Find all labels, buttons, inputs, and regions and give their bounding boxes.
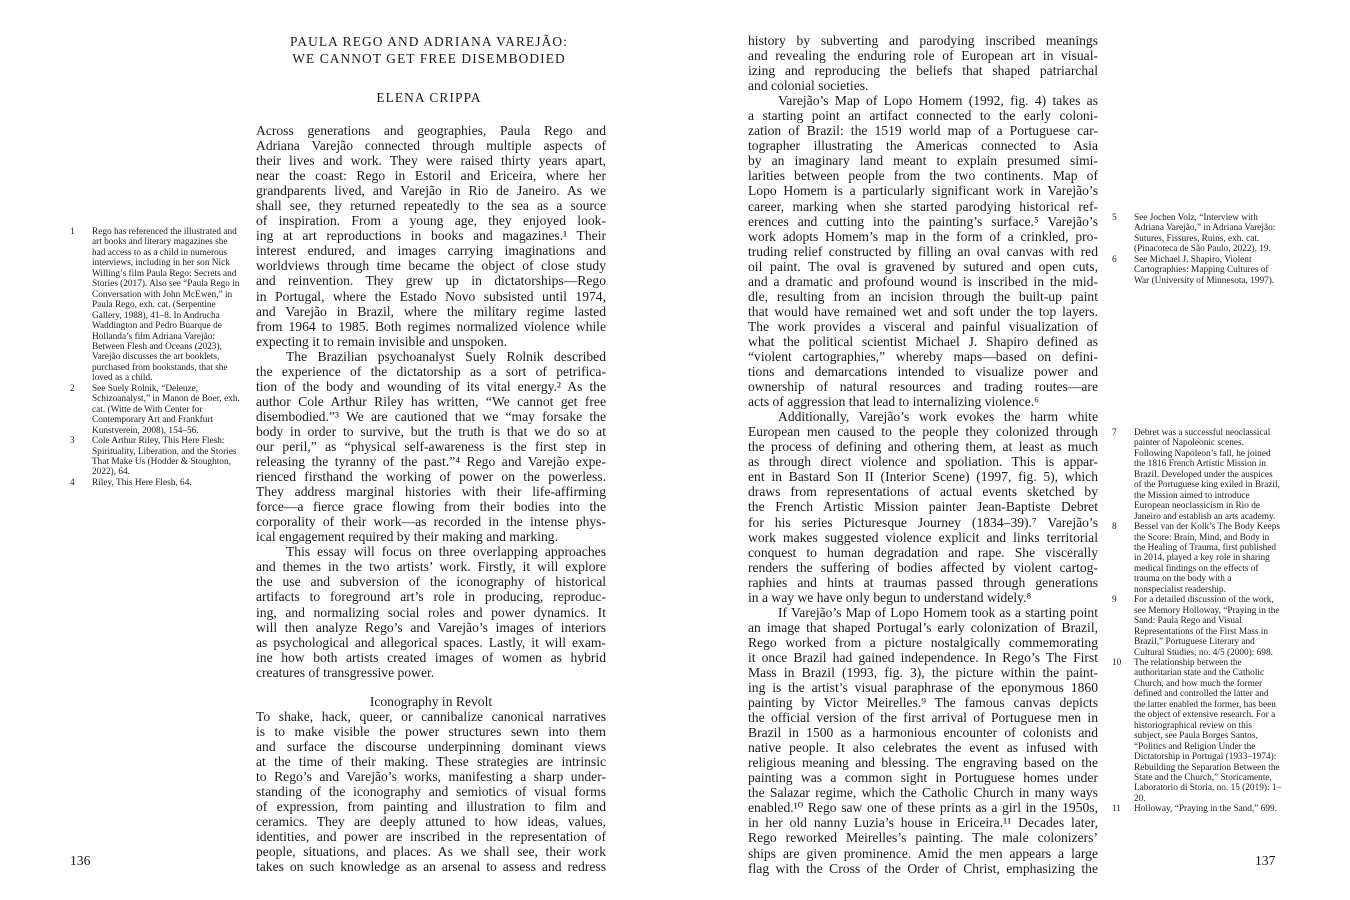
body-line: Adriana Varejão connected through multip… [256,138,606,153]
body-line: rienced firsthand the working of power o… [256,469,606,484]
footnote: 5See Jochen Volz, “Interview with Adrian… [1112,213,1282,255]
right-footnotes-lower: 7Debret was a successful neoclassical pa… [1112,428,1282,815]
footnote-number: 2 [70,384,92,436]
body-line: author Cole Arthur Riley has written, “W… [256,394,606,409]
body-line: the French Artistic Mission painter Jean… [748,499,1098,514]
body-line: Brazil in 1500 as a harmonious encounter… [748,725,1098,740]
footnote: 7Debret was a successful neoclassical pa… [1112,428,1282,522]
body-line: painting was a common sight in Portugues… [748,770,1098,785]
body-line: draws from representations of actual eve… [748,484,1098,499]
body-line: worldviews through time became the objec… [256,258,606,273]
footnote-number: 10 [1112,658,1134,804]
body-line: interest endured, and images carrying im… [256,243,606,258]
body-line: native people. It also celebrates the ev… [748,740,1098,755]
body-line: Lopo Homem is a particularly significant… [748,183,1098,198]
body-line: religious meaning and blessing. The engr… [748,755,1098,770]
footnote-number: 11 [1112,804,1134,814]
body-line: ing is the artist’s visual paraphrase of… [748,680,1098,695]
body-line: people, situations, and places. As we sh… [256,844,606,859]
footnote-text: See Michael J. Shapiro, Violent Cartogra… [1134,255,1282,286]
body-line: izing and reproducing the beliefs that s… [748,63,1098,78]
body-line: to Rego’s and Varejão’s works, manifesti… [256,769,606,784]
body-line: in her old nanny Luzia’s house in Ericei… [748,815,1098,830]
body-line: is to make visible the power structures … [256,724,606,739]
body-line: To shake, hack, queer, or cannibalize ca… [256,709,606,724]
footnote-text: The relationship between the authoritari… [1134,658,1282,804]
body-line: and themes in the two artists’ work. Fir… [256,559,606,574]
body-line: Additionally, Varejão’s work evokes the … [748,409,1098,424]
essay-title-block: PAULA REGO AND ADRIANA VAREJÃO: WE CANNO… [256,33,602,106]
body-line: larities between people from the two con… [748,168,1098,183]
body-line: history by subverting and parodying insc… [748,33,1098,48]
body-line: oil paint. The oval is gravened by sutur… [748,259,1098,274]
body-line: renders the suffering of bodies affected… [748,560,1098,575]
body-line: corporality of their work—as recorded in… [256,514,606,529]
essay-title-line-1: PAULA REGO AND ADRIANA VAREJÃO: [256,33,602,50]
body-line: from 1964 to 1985. Both regimes normaliz… [256,319,606,334]
body-line: the experience of the dictatorship as a … [256,364,606,379]
body-line: flag with the Cross of the Order of Chri… [748,861,1098,876]
body-line: ownership of natural resources and tradi… [748,379,1098,394]
body-line: Rego worked from a picture nostalgically… [748,635,1098,650]
left-body-text: Across generations and geographies, Paul… [256,123,606,874]
body-line: If Varejão’s Map of Lopo Homem took as a… [748,605,1098,620]
body-line: The Brazilian psychoanalyst Suely Rolnik… [256,349,606,364]
body-line: Across generations and geographies, Paul… [256,123,606,138]
body-line: work makes suggested violence explicit a… [748,530,1098,545]
body-line: disembodied.”³ We are cautioned that we … [256,409,606,424]
body-line: our peril,” as “physical self-awareness … [256,439,606,454]
body-line: raphies and hints at traumas passed thro… [748,575,1098,590]
right-footnotes-upper: 5See Jochen Volz, “Interview with Adrian… [1112,213,1282,286]
body-line: and reinvention. They grew up in dictato… [256,273,606,288]
footnote: 9For a detailed discussion of the work, … [1112,595,1282,658]
body-line: ine how both artists created images of w… [256,650,606,665]
body-line: tographer illustrating the Americas conn… [748,138,1098,153]
left-footnotes: 1Rego has referenced the illustrated and… [70,227,240,488]
body-line: releasing the tyranny of the past.”⁴ Reg… [256,454,606,469]
page-number-right: 137 [1255,853,1275,869]
footnote-text: Debret was a successful neoclassical pai… [1134,428,1282,522]
left-body-paragraphs: Across generations and geographies, Paul… [256,123,606,680]
body-line: expecting it to remain invisible and uns… [256,334,606,349]
body-line: as through direct violence and spoliatio… [748,454,1098,469]
footnote-number: 7 [1112,428,1134,522]
footnote: 10The relationship between the authorita… [1112,658,1282,804]
footnote: 8Bessel van der Kolk’s The Body Keeps th… [1112,522,1282,595]
body-line: and revealing the enduring role of Europ… [748,48,1098,63]
footnote: 6See Michael J. Shapiro, Violent Cartogr… [1112,255,1282,286]
footnote: 11Holloway, “Praying in the Sand,” 699. [1112,804,1282,814]
body-line: career, marking when she started parodyi… [748,199,1098,214]
body-line: ical engagement required by their making… [256,529,606,544]
footnote-text: See Jochen Volz, “Interview with Adriana… [1134,213,1282,255]
body-line: artifacts to foreground art’s role in pr… [256,589,606,604]
body-line: identities, and power are inscribed in t… [256,829,606,844]
section-body-paragraph: To shake, hack, queer, or cannibalize ca… [256,709,606,875]
body-line: the official version of the first arriva… [748,710,1098,725]
body-line: ent in Bastard Son II (Interior Scene) (… [748,469,1098,484]
body-line: European men caused to the people they c… [748,424,1098,439]
body-line: conquest to human degradation and rape. … [748,545,1098,560]
footnote-text: Cole Arthur Riley, This Here Flesh: Spir… [92,436,240,478]
body-line: takes on such knowledge as an arsenal to… [256,859,606,874]
body-line: and surface the discourse underpinning d… [256,739,606,754]
body-line: ing at art reproductions in books and ma… [256,228,606,243]
body-line: and a dramatic and profound wound is ins… [748,274,1098,289]
body-line: force—a fierce grace flowing from their … [256,499,606,514]
body-line: their lives and work. They were raised t… [256,153,606,168]
body-line: erences and cutting into the painting’s … [748,214,1098,229]
footnote-text: Bessel van der Kolk’s The Body Keeps the… [1134,522,1282,595]
body-line: of expression, from painting and illustr… [256,799,606,814]
body-line: painting by Victor Meirelles.⁹ The famou… [748,695,1098,710]
body-line: grandparents lived, and Varejão in Rio d… [256,183,606,198]
body-line: This essay will focus on three overlappi… [256,544,606,559]
body-line: near the coast: Rego in Estoril and Eric… [256,168,606,183]
footnote-number: 9 [1112,595,1134,658]
body-line: Rego reworked Meirelles’s painting. The … [748,830,1098,845]
footnote: 3Cole Arthur Riley, This Here Flesh: Spi… [70,436,240,478]
body-line: in Portugal, where the Estado Novo subsi… [256,289,606,304]
body-line: and colonial societies. [748,78,1098,93]
footnote-number: 8 [1112,522,1134,595]
body-line: ing, and normalizing social roles and po… [256,605,606,620]
body-line: dle, resulting from an incision through … [748,289,1098,304]
body-line: ships are given prominence. Amid the men… [748,846,1098,861]
body-line: body in order to survive, but the truth … [256,424,606,439]
footnote-number: 3 [70,436,92,478]
right-body-text: history by subverting and parodying insc… [748,33,1098,876]
body-line: tion of the body and wounding of its vit… [256,379,606,394]
body-line: will then analyze Rego’s and Varejão’s i… [256,620,606,635]
body-line: standing of the iconography and semiotic… [256,784,606,799]
body-line: the Salazar regime, which the Catholic C… [748,785,1098,800]
body-line: tions and demarcations intended to visua… [748,364,1098,379]
body-line: at the time of their making. These strat… [256,754,606,769]
body-line: Mass in Brazil (1993, fig. 3), the pictu… [748,665,1098,680]
author-name: ELENA CRIPPA [256,89,602,106]
body-line: They address marginal histories with the… [256,484,606,499]
body-line: Varejão’s Map of Lopo Homem (1992, fig. … [748,93,1098,108]
body-line: as psychological and allegorical spaces.… [256,635,606,650]
body-line: truding relief constructed by filling an… [748,244,1098,259]
body-line: for his series Picturesque Journey (1834… [748,515,1098,530]
body-line: a starting point an artifact connected t… [748,108,1098,123]
body-line: enabled.¹⁰ Rego saw one of these prints … [748,800,1098,815]
body-line: zation of Brazil: the 1519 world map of … [748,123,1098,138]
body-line: work adopts Homem’s map in the form of a… [748,229,1098,244]
footnote-number: 1 [70,227,92,384]
body-line: “violent cartographies,” whereby maps—ba… [748,349,1098,364]
footnote: 1Rego has referenced the illustrated and… [70,227,240,384]
footnote-text: Rego has referenced the illustrated and … [92,227,240,384]
section-heading: Iconography in Revolt [256,694,606,709]
body-line: shall see, they returned repeatedly to t… [256,198,606,213]
body-line: an image that shaped Portugal’s early co… [748,620,1098,635]
body-line: the process of defining and othering the… [748,439,1098,454]
body-line: by an imaginary land meant to explain pr… [748,153,1098,168]
footnote: 4Riley, This Here Flesh, 64. [70,478,240,488]
body-line: it once Brazil had gained independence. … [748,650,1098,665]
body-line: in a way we have only begun to understan… [748,590,1098,605]
body-line: the use and subversion of the iconograph… [256,574,606,589]
body-line: The work provides a visceral and painful… [748,319,1098,334]
essay-title-line-2: WE CANNOT GET FREE DISEMBODIED [256,50,602,67]
footnote-text: For a detailed discussion of the work, s… [1134,595,1282,658]
body-line: acts of aggression that lead to internal… [748,394,1098,409]
footnote-number: 6 [1112,255,1134,286]
footnote: 2See Suely Rolnik, “Deleuze, Schizoanaly… [70,384,240,436]
footnote-text: Holloway, “Praying in the Sand,” 699. [1134,804,1282,814]
footnote-text: Riley, This Here Flesh, 64. [92,478,240,488]
footnote-text: See Suely Rolnik, “Deleuze, Schizoanalys… [92,384,240,436]
footnote-number: 4 [70,478,92,488]
body-line: and Varejão in Brazil, where the militar… [256,304,606,319]
footnote-number: 5 [1112,213,1134,255]
body-line: what the political scientist Michael J. … [748,334,1098,349]
body-line: ceramics. They are deeply attuned to how… [256,814,606,829]
page-number-left: 136 [70,853,90,869]
body-line: creatures of transgressive power. [256,665,606,680]
body-line: of inspiration. From a young age, they e… [256,213,606,228]
body-line: that would have remained wet and soft un… [748,304,1098,319]
